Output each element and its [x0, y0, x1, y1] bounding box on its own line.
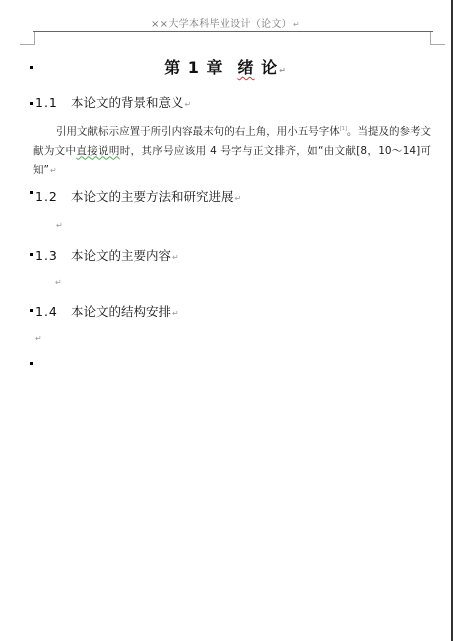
page-header[interactable]: ××大学本科毕业设计（论文）↵ [0, 15, 451, 30]
section-heading-1-3[interactable]: 1.3本论文的主要内容↵ [35, 246, 179, 264]
grammar-underlined-text: 直接说明 [76, 145, 119, 157]
crop-mark-right-icon [430, 32, 445, 45]
section-title: 本论文的主要方法和研究进展 [71, 189, 234, 204]
paragraph-mark-icon: ↵ [293, 20, 300, 29]
list-bullet-icon [30, 102, 33, 105]
paragraph-mark-icon: ↵ [235, 194, 242, 203]
list-bullet-icon [30, 309, 33, 312]
section-title: 本论文的结构安排 [71, 304, 171, 319]
chapter-word-2: 论 [261, 58, 278, 77]
citation-superscript: [1] [340, 126, 347, 132]
chapter-number: 第 1 章 [164, 58, 223, 77]
section-number: 1.1 [35, 95, 71, 110]
chapter-title[interactable]: 第 1 章绪 论↵ [0, 55, 451, 78]
list-bullet-icon [30, 362, 33, 365]
paragraph-text-1: 引用文献标示应置于所引内容最末句的右上角，用小五号字体 [56, 126, 340, 138]
section-number: 1.2 [35, 189, 71, 204]
paragraph-mark-icon: ↵ [172, 253, 179, 262]
list-bullet-icon [30, 253, 33, 256]
crop-mark-left-icon [20, 32, 35, 45]
paragraph-mark-icon: ↵ [50, 166, 57, 175]
list-bullet-icon [30, 191, 33, 194]
empty-paragraph-mark-icon[interactable]: ↵ [55, 278, 62, 287]
paragraph-mark-icon: ↵ [279, 66, 287, 75]
paragraph-mark-icon: ↵ [185, 100, 192, 109]
section-heading-1-1[interactable]: 1.1本论文的背景和意义↵ [35, 93, 191, 111]
chapter-word-1: 绪 [237, 58, 254, 77]
section-title: 本论文的主要内容 [71, 248, 171, 263]
empty-paragraph-mark-icon[interactable]: ↵ [56, 221, 63, 230]
header-divider [33, 31, 433, 32]
empty-paragraph-mark-icon[interactable]: ↵ [35, 334, 42, 343]
section-heading-1-4[interactable]: 1.4本论文的结构安排↵ [35, 302, 179, 320]
paragraph-mark-icon: ↵ [172, 309, 179, 318]
section-number: 1.4 [35, 304, 71, 319]
section-number: 1.3 [35, 248, 71, 263]
section-heading-1-2[interactable]: 1.2本论文的主要方法和研究进展↵ [35, 187, 241, 205]
header-title: ××大学本科毕业设计（论文） [151, 19, 292, 30]
body-paragraph[interactable]: 引用文献标示应置于所引内容最末句的右上角，用小五号字体[1]。当提及的参考文献为… [33, 120, 431, 180]
section-title: 本论文的背景和意义 [71, 95, 184, 110]
document-page: ××大学本科毕业设计（论文）↵ 第 1 章绪 论↵ 1.1本论文的背景和意义↵ … [0, 0, 453, 641]
